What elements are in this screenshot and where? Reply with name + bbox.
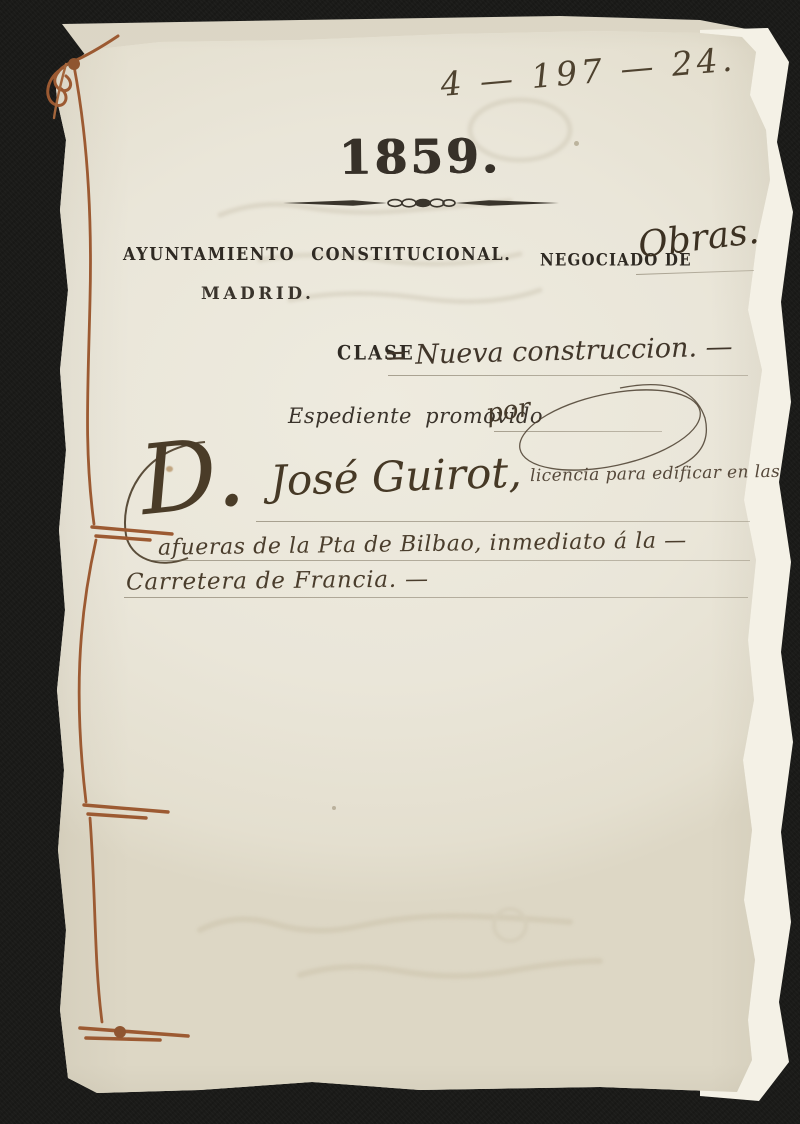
applicant-name: José Guirot,: [269, 448, 522, 506]
class-rule-line: [388, 375, 748, 376]
archive-scan: 4 — 197 — 24. 1859. AYUNTAMIENTO CONSTIT…: [0, 0, 800, 1124]
body-line-1-rest: licencia para edificar en las: [529, 462, 780, 486]
body-rule-line-1: [256, 521, 750, 522]
body-rule-line-2: [150, 560, 750, 561]
ornamental-divider: [283, 195, 559, 211]
binding-string: [0, 0, 220, 1124]
body-line-1: D.José Guirot,licencia para edificar en …: [140, 438, 780, 515]
